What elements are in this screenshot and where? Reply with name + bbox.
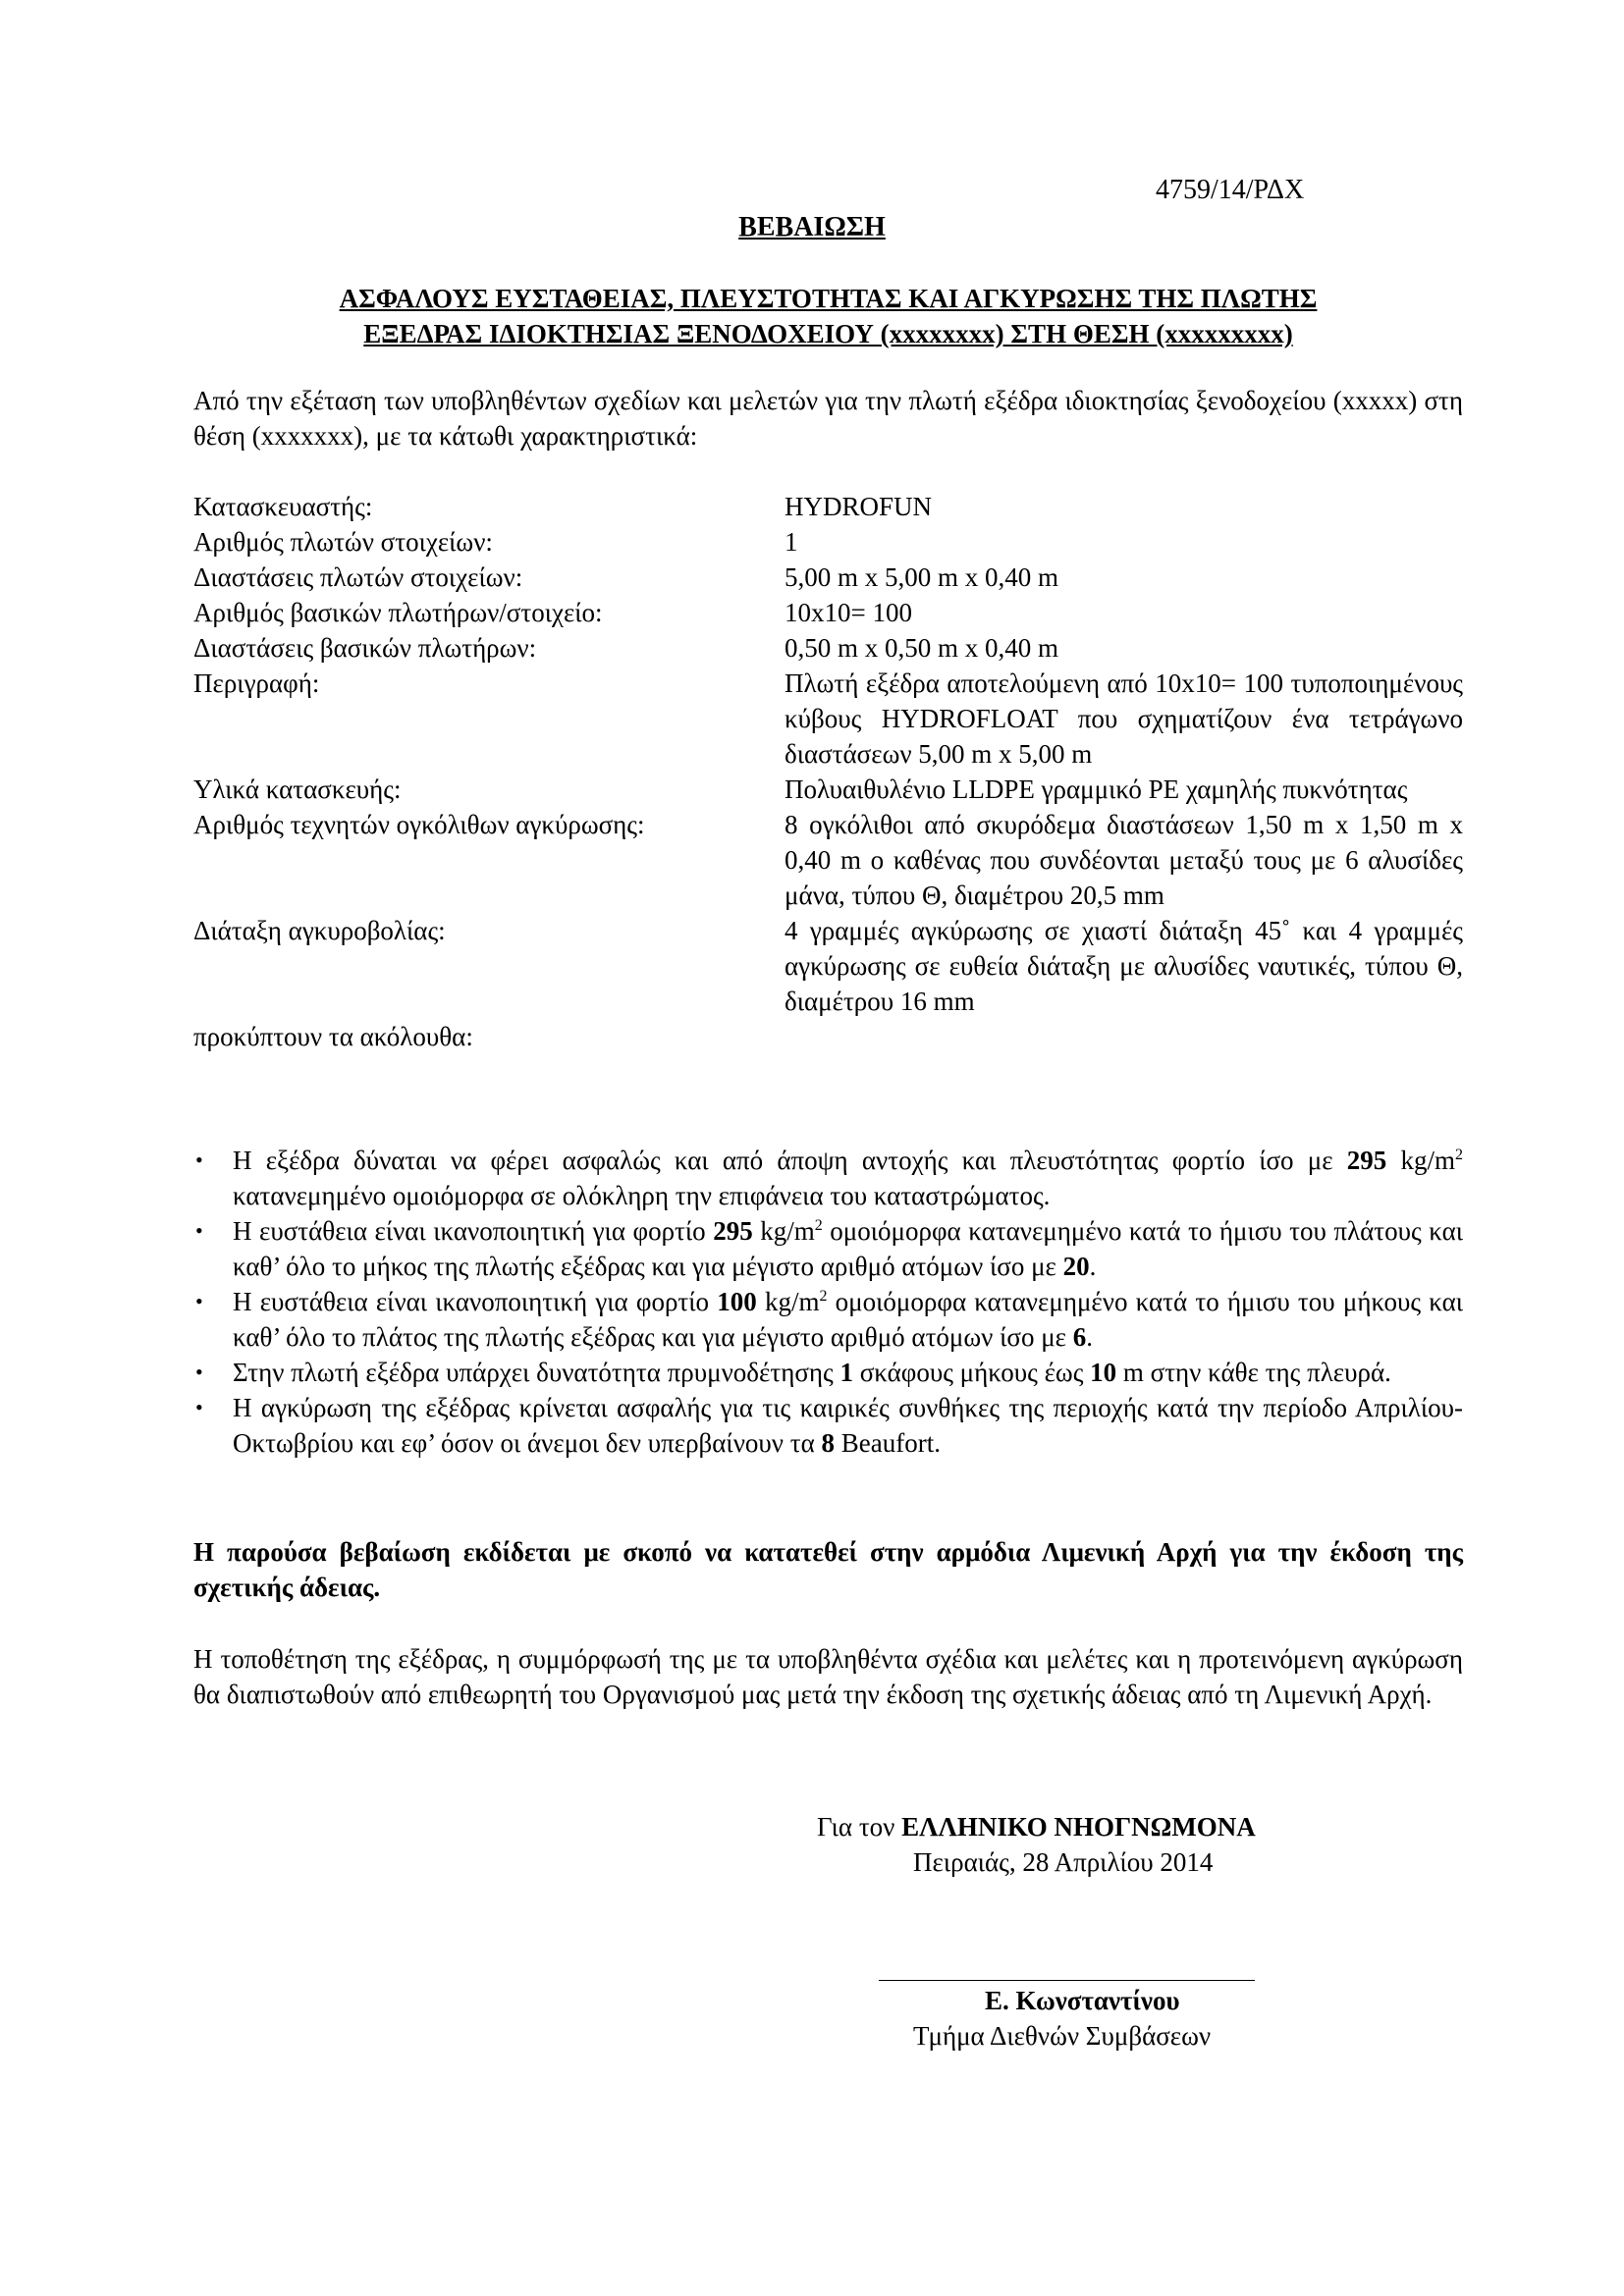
spec-label: Αριθμός πλωτών στοιχείων:: [193, 524, 785, 560]
spec-label: Αριθμός τεχνητών ογκόλιθων αγκύρωσης:: [193, 807, 785, 913]
document-page: 4759/14/ΡΔΧ ΒΕΒΑΙΩΣΗ ΑΣΦΑΛΟΥΣ ΕΥΣΤΑΘΕΙΑΣ…: [0, 0, 1624, 2296]
signatory-name: Ε. Κωνσταντίνου: [985, 1983, 1179, 2018]
spec-row: Περιγραφή: Πλωτή εξέδρα αποτελούμενη από…: [193, 666, 1463, 772]
finding-text: .: [1090, 1252, 1097, 1281]
bullet-icon: •: [195, 1284, 203, 1319]
spec-value: Πολυαιθυλένιο LLDPE γραμμικό PE χαμηλής …: [785, 772, 1463, 807]
finding-text: .: [1086, 1322, 1093, 1352]
spec-row: Κατασκευαστής: HYDROFUN: [193, 489, 1463, 524]
subtitle-line: ΕΞΕΔΡΑΣ ΙΔΙΟΚΤΗΣΙΑΣ ΞΕΝΟΔΟΧΕΙΟΥ (xxxxxxx…: [193, 316, 1463, 351]
bullet-icon: •: [195, 1213, 203, 1249]
spec-row: Διαστάσεις βασικών πλωτήρων: 0,50 m x 0,…: [193, 630, 1463, 666]
bullet-icon: •: [195, 1355, 203, 1390]
bullet-icon: •: [195, 1390, 203, 1425]
finding-unit-exponent: 2: [1455, 1147, 1463, 1163]
spec-value: Πλωτή εξέδρα αποτελούμενη από 10x10= 100…: [785, 666, 1463, 772]
spec-row: Αριθμός τεχνητών ογκόλιθων αγκύρωσης: 8 …: [193, 807, 1463, 913]
finding-value: 100: [717, 1287, 757, 1316]
spec-label: Περιγραφή:: [193, 666, 785, 772]
spec-value: 8 ογκόλιθοι από σκυρόδεμα διαστάσεων 1,5…: [785, 807, 1463, 913]
finding-text: Η εξέδρα δύναται να φέρει ασφαλώς και απ…: [233, 1146, 1347, 1175]
spec-value: HYDROFUN: [785, 489, 1463, 524]
spec-row: Διάταξη αγκυροβολίας: 4 γραμμές αγκύρωση…: [193, 913, 1463, 1019]
reference-number: 4759/14/ΡΔΧ: [1156, 173, 1304, 208]
finding-value: 8: [821, 1428, 835, 1458]
signature-prefix: Για τον: [817, 1812, 901, 1842]
finding-item: • Η αγκύρωση της εξέδρας κρίνεται ασφαλή…: [193, 1390, 1463, 1461]
subtitle-line: ΑΣΦΑΛΟΥΣ ΕΥΣΤΑΘΕΙΑΣ, ΠΛΕΥΣΤΟΤΗΤΑΣ ΚΑΙ ΑΓ…: [193, 281, 1463, 316]
finding-text: m στην κάθε της πλευρά.: [1116, 1358, 1391, 1387]
document-title: ΒΕΒΑΙΩΣΗ: [0, 210, 1624, 245]
spec-label: Διαστάσεις βασικών πλωτήρων:: [193, 630, 785, 666]
spec-value: 1: [785, 524, 1463, 560]
signatory-department: Τμήμα Διεθνών Συμβάσεων: [913, 2018, 1211, 2054]
closing-paragraph: Η τοποθέτηση της εξέδρας, η συμμόρφωσή τ…: [193, 1641, 1463, 1712]
spec-label: Διαστάσεις πλωτών στοιχείων:: [193, 560, 785, 595]
signature-line: [879, 1980, 1255, 1981]
finding-text: σκάφους μήκους έως: [853, 1358, 1090, 1387]
spec-value: 5,00 m x 5,00 m x 0,40 m: [785, 560, 1463, 595]
finding-item: • Η εξέδρα δύναται να φέρει ασφαλώς και …: [193, 1143, 1463, 1213]
spec-row: Αριθμός πλωτών στοιχείων: 1: [193, 524, 1463, 560]
finding-value: 6: [1073, 1322, 1087, 1352]
spec-label: Υλικά κατασκευής:: [193, 772, 785, 807]
bullet-icon: •: [195, 1143, 203, 1178]
finding-value: 295: [1347, 1146, 1387, 1175]
finding-unit: kg/m: [753, 1216, 815, 1246]
intro-paragraph: Από την εξέταση των υποβληθέντων σχεδίων…: [193, 383, 1463, 454]
spec-value: 10x10= 100: [785, 595, 1463, 630]
finding-text: Beaufort.: [835, 1428, 941, 1458]
spec-value: 4 γραμμές αγκύρωσης σε χιαστί διάταξη 45…: [785, 913, 1463, 1019]
finding-text: Στην πλωτή εξέδρα υπάρχει δυνατότητα πρυ…: [233, 1358, 839, 1387]
spec-row: Διαστάσεις πλωτών στοιχείων: 5,00 m x 5,…: [193, 560, 1463, 595]
spec-label: Διάταξη αγκυροβολίας:: [193, 913, 785, 1019]
signature-organization: Για τον ΕΛΛΗΝΙΚΟ ΝΗΟΓΝΩΜΟΝΑ: [817, 1809, 1256, 1844]
spec-row: Υλικά κατασκευής: Πολυαιθυλένιο LLDPE γρ…: [193, 772, 1463, 807]
finding-text: κατανεμημένο ομοιόμορφα σε ολόκληρη την …: [233, 1181, 1050, 1210]
finding-unit-exponent: 2: [815, 1217, 823, 1234]
findings-list: • Η εξέδρα δύναται να φέρει ασφαλώς και …: [193, 1143, 1463, 1461]
finding-value: 10: [1090, 1358, 1116, 1387]
specifications-table: Κατασκευαστής: HYDROFUN Αριθμός πλωτών σ…: [193, 489, 1463, 1054]
spec-label: Αριθμός βασικών πλωτήρων/στοιχείο:: [193, 595, 785, 630]
finding-unit: kg/m: [757, 1287, 820, 1316]
organization-name: ΕΛΛΗΝΙΚΟ ΝΗΟΓΝΩΜΟΝΑ: [901, 1812, 1256, 1842]
finding-text: Η ευστάθεια είναι ικανοποιητική για φορτ…: [233, 1287, 717, 1316]
finding-item: • Στην πλωτή εξέδρα υπάρχει δυνατότητα π…: [193, 1355, 1463, 1390]
finding-text: Η ευστάθεια είναι ικανοποιητική για φορτ…: [233, 1216, 713, 1246]
purpose-notice: Η παρούσα βεβαίωση εκδίδεται με σκοπό να…: [193, 1534, 1463, 1605]
finding-value: 295: [713, 1216, 753, 1246]
results-intro: προκύπτουν τα ακόλουθα:: [193, 1019, 1463, 1054]
finding-unit: kg/m: [1386, 1146, 1455, 1175]
finding-value: 1: [839, 1358, 853, 1387]
finding-value: 20: [1063, 1252, 1090, 1281]
signature-place-date: Πειραιάς, 28 Απριλίου 2014: [913, 1844, 1213, 1880]
finding-item: • Η ευστάθεια είναι ικανοποιητική για φο…: [193, 1213, 1463, 1284]
spec-row: Αριθμός βασικών πλωτήρων/στοιχείο: 10x10…: [193, 595, 1463, 630]
spec-value: 0,50 m x 0,50 m x 0,40 m: [785, 630, 1463, 666]
finding-item: • Η ευστάθεια είναι ικανοποιητική για φο…: [193, 1284, 1463, 1355]
spec-label: Κατασκευαστής:: [193, 489, 785, 524]
document-subtitle: ΑΣΦΑΛΟΥΣ ΕΥΣΤΑΘΕΙΑΣ, ΠΛΕΥΣΤΟΤΗΤΑΣ ΚΑΙ ΑΓ…: [193, 281, 1463, 351]
